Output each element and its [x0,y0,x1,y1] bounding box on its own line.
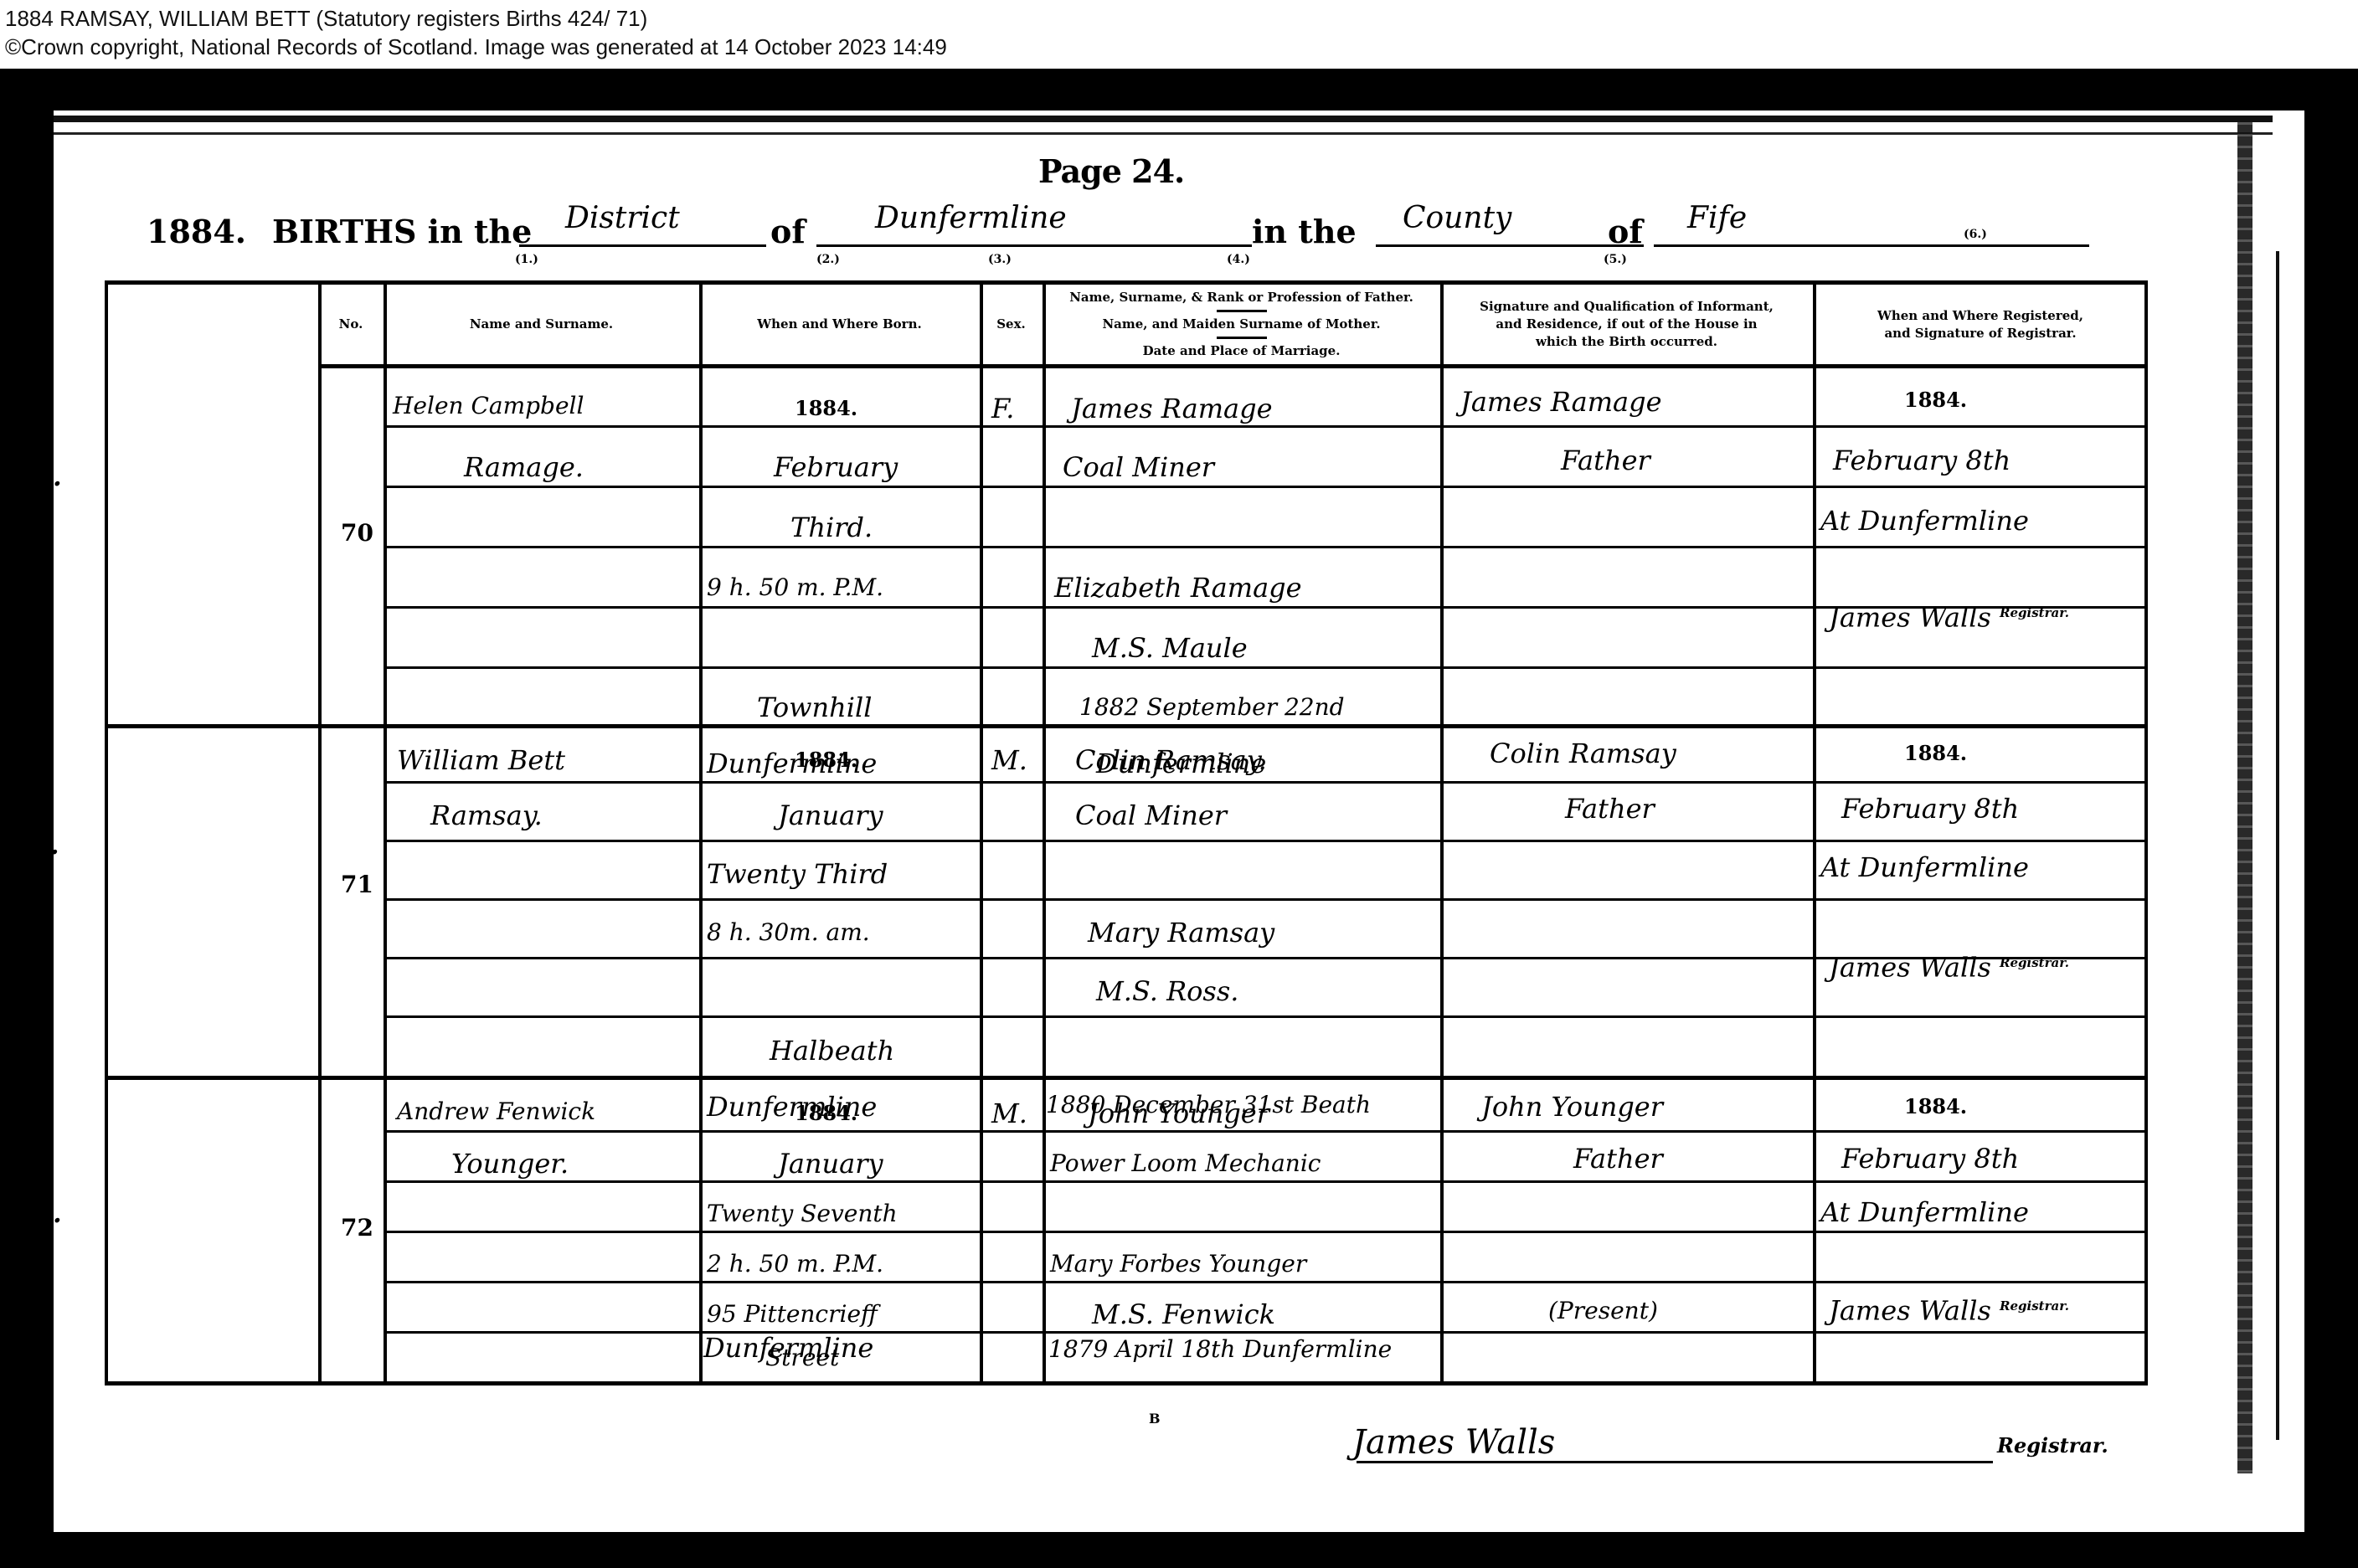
mother-maiden-surname: M.S. Ross. [1096,974,1238,1008]
of-label-1: of [770,213,806,250]
father-name: James Ramage [1071,392,1273,425]
header-mother: Name, and Maiden Surname of Mother. [1102,316,1380,333]
births-register-table: No. Name and Surname. When and Where Bor… [105,280,2148,1385]
child-surname: Ramsay. [430,799,543,832]
index-2: (2.) [816,253,840,266]
father-occupation: Coal Miner [1075,799,1227,832]
header-bottom-rule [318,364,2148,368]
birth-time: 9 h. 50 m. P.M. [707,571,883,604]
ruled-line [384,781,2148,784]
registrar-word: Registrar. [2000,605,2069,620]
header-informant-line3: which the Birth occurred. [1536,333,1717,351]
registrar-word: Registrar. [2000,955,2069,970]
informant-signature: John Younger [1481,1090,1663,1123]
scan-border-top [0,69,2358,111]
informant-residence: (Present) [1548,1294,1658,1328]
child-forenames: William Bett [397,743,565,777]
header-registered: When and Where Registered, and Signature… [1813,285,2148,364]
county-name: Fife [1687,201,1747,235]
header-separator [1217,337,1267,339]
index-6: (6.) [1964,228,1987,241]
registrar-signature: James Walls Registrar. [1829,946,2069,984]
registration-place: At Dunfermline [1820,504,2029,537]
header-father: Name, Surname, & Rank or Profession of F… [1069,289,1413,306]
child-surname: Younger. [451,1147,569,1180]
margin-letter: L. [24,820,60,863]
index-1: (1.) [515,253,538,266]
binding-edge-line [2276,251,2279,1440]
header-marriage: Date and Place of Marriage. [1143,342,1341,360]
father-name: Colin Ramsay. [1075,743,1267,777]
blank-line-1 [519,244,766,247]
footer-registrar-signature: James Walls [1352,1423,1555,1462]
ruled-line [384,425,2148,428]
ruled-line [384,666,2148,669]
birth-month: February [774,450,898,484]
entry-number: 71 [341,871,373,898]
header-informant: Signature and Qualification of Informant… [1440,285,1813,364]
birth-month: January [778,1147,883,1180]
birth-place: Townhill [757,691,872,724]
ruled-line [384,486,2148,488]
father-occupation: Coal Miner [1063,450,1214,484]
registration-year: 1884. [1904,383,1967,417]
sex: M. [991,1097,1027,1130]
birth-day: Third. [790,511,873,544]
register-year: 1884. [147,213,246,250]
col-divider-informant [1813,285,1816,1381]
registration-date: February 8th [1841,792,2019,825]
record-title: 1884 RAMSAY, WILLIAM BETT (Statutory reg… [5,5,647,32]
header-sex: Sex. [980,285,1043,364]
birth-town-72: Dunfermline [703,1331,873,1365]
col-divider-born [980,285,983,1381]
birth-year: 1884. [795,743,857,777]
ruled-line [384,546,2148,548]
registration-place: At Dunfermline [1820,851,2029,884]
child-forenames: Helen Campbell [393,389,584,423]
blank-line-4 [1654,244,2089,247]
birth-place: Halbeath [770,1034,894,1067]
page-top-rule-thin [54,132,2273,135]
index-5: (5.) [1604,253,1627,266]
informant-signature: James Ramage [1460,385,1662,419]
registrar-name: James Walls [1829,602,1991,634]
registration-place: At Dunfermline [1820,1195,2029,1229]
birth-year: 1884. [795,392,857,425]
page-number: Page 24. [1038,152,1184,190]
header-name: Name and Surname. [384,285,699,364]
entry-number: 72 [341,1214,373,1242]
ruled-line [384,1281,2148,1283]
father-name: John Younger [1088,1097,1269,1130]
registration-date: February 8th [1841,1142,2019,1175]
child-forenames: Andrew Fenwick [397,1095,595,1128]
header-informant-line2: and Residence, if out of the House in [1496,316,1757,333]
in-the-label: in the [1252,213,1357,250]
entry-separator-71-72 [108,1076,2148,1080]
header-when-where-born: When and Where Born. [699,285,980,364]
births-in-the: BIRTHS in the [272,213,532,250]
ruled-line [384,1130,2148,1133]
birth-street: 95 Pittencrieff [707,1298,878,1331]
header-registered-line1: When and Where Registered, [1877,307,2083,325]
registration-year: 1884. [1904,737,1967,770]
marriage-date: 1882 September 22nd [1079,691,1345,724]
index-4: (4.) [1227,253,1250,266]
ruled-line [384,1015,2148,1018]
child-surname: Ramage. [464,450,584,484]
registrar-word: Registrar. [2000,1298,2069,1314]
mother-maiden-surname: M.S. Maule [1092,631,1248,665]
sex: F. [991,392,1014,425]
informant-qualification: Father [1565,792,1655,825]
district-label: District [565,201,680,235]
margin-letter: B. [24,1189,63,1231]
binding-edge [2237,117,2252,1473]
birth-year: 1884. [795,1097,857,1130]
sex: M. [991,743,1027,777]
registrar-name: James Walls [1829,952,1991,984]
scan-border-left [0,69,54,1568]
birth-time: 2 h. 50 m. P.M. [707,1247,883,1281]
col-divider-parents [1440,285,1444,1381]
birth-day: Twenty Seventh [707,1197,898,1231]
ruled-line [384,1180,2148,1183]
ruled-line [384,840,2148,842]
header-informant-line1: Signature and Qualification of Informant… [1480,298,1774,316]
scan-border-bottom [0,1532,2358,1568]
marriage-date-place-72: 1879 April 18th Dunfermline [1048,1333,1392,1366]
informant-qualification: Father [1561,444,1650,477]
page-top-rule [54,116,2273,122]
footer-mark: B [1149,1411,1161,1427]
registrar-signature: James Walls Registrar. [1829,596,2069,635]
col-divider-margin [318,285,322,1381]
informant-qualification: Father [1573,1142,1663,1175]
mother-name: Mary Forbes Younger [1050,1247,1306,1281]
index-3: (3.) [988,253,1012,266]
header-registered-line2: and Signature of Registrar. [1884,325,2076,342]
margin-letter: B. [24,452,63,495]
register-title: 1884. BIRTHS in the District (1.) of Dun… [147,201,2098,260]
ruled-line [384,1231,2148,1233]
informant-signature: Colin Ramsay [1490,737,1676,770]
header-no: No. [318,285,384,364]
county-label: County [1403,201,1511,235]
header-separator [1217,310,1267,312]
ruled-line [384,898,2148,901]
copyright-notice: ©Crown copyright, National Records of Sc… [5,33,947,60]
blank-line-2 [816,244,1252,247]
birth-time: 8 h. 30m. am. [707,916,870,949]
district-name: Dunfermline [875,201,1067,235]
registration-date: February 8th [1833,444,2010,477]
registration-year: 1884. [1904,1090,1967,1123]
entry-separator-70-71 [108,724,2148,728]
mother-name: Mary Ramsay [1088,916,1274,949]
col-divider-sex [1043,285,1046,1381]
birth-day: Twenty Third [707,857,888,891]
footer-registrar-word: Registrar. [1997,1433,2108,1457]
of-label-2: of [1608,213,1643,250]
father-occupation: Power Loom Mechanic [1050,1147,1321,1180]
blank-line-3 [1376,244,1644,247]
col-divider-no [384,285,387,1381]
mother-maiden-surname: M.S. Fenwick [1092,1298,1275,1331]
header-parents: Name, Surname, & Rank or Profession of F… [1043,285,1440,364]
registrar-name: James Walls [1829,1295,1991,1327]
registrar-signature: James Walls Registrar. [1829,1289,2069,1328]
entry-number: 70 [341,519,373,547]
scan-border-right [2304,69,2358,1568]
mother-name: Elizabeth Ramage [1054,571,1302,604]
col-divider-name [699,285,703,1381]
birth-month: January [778,799,883,832]
